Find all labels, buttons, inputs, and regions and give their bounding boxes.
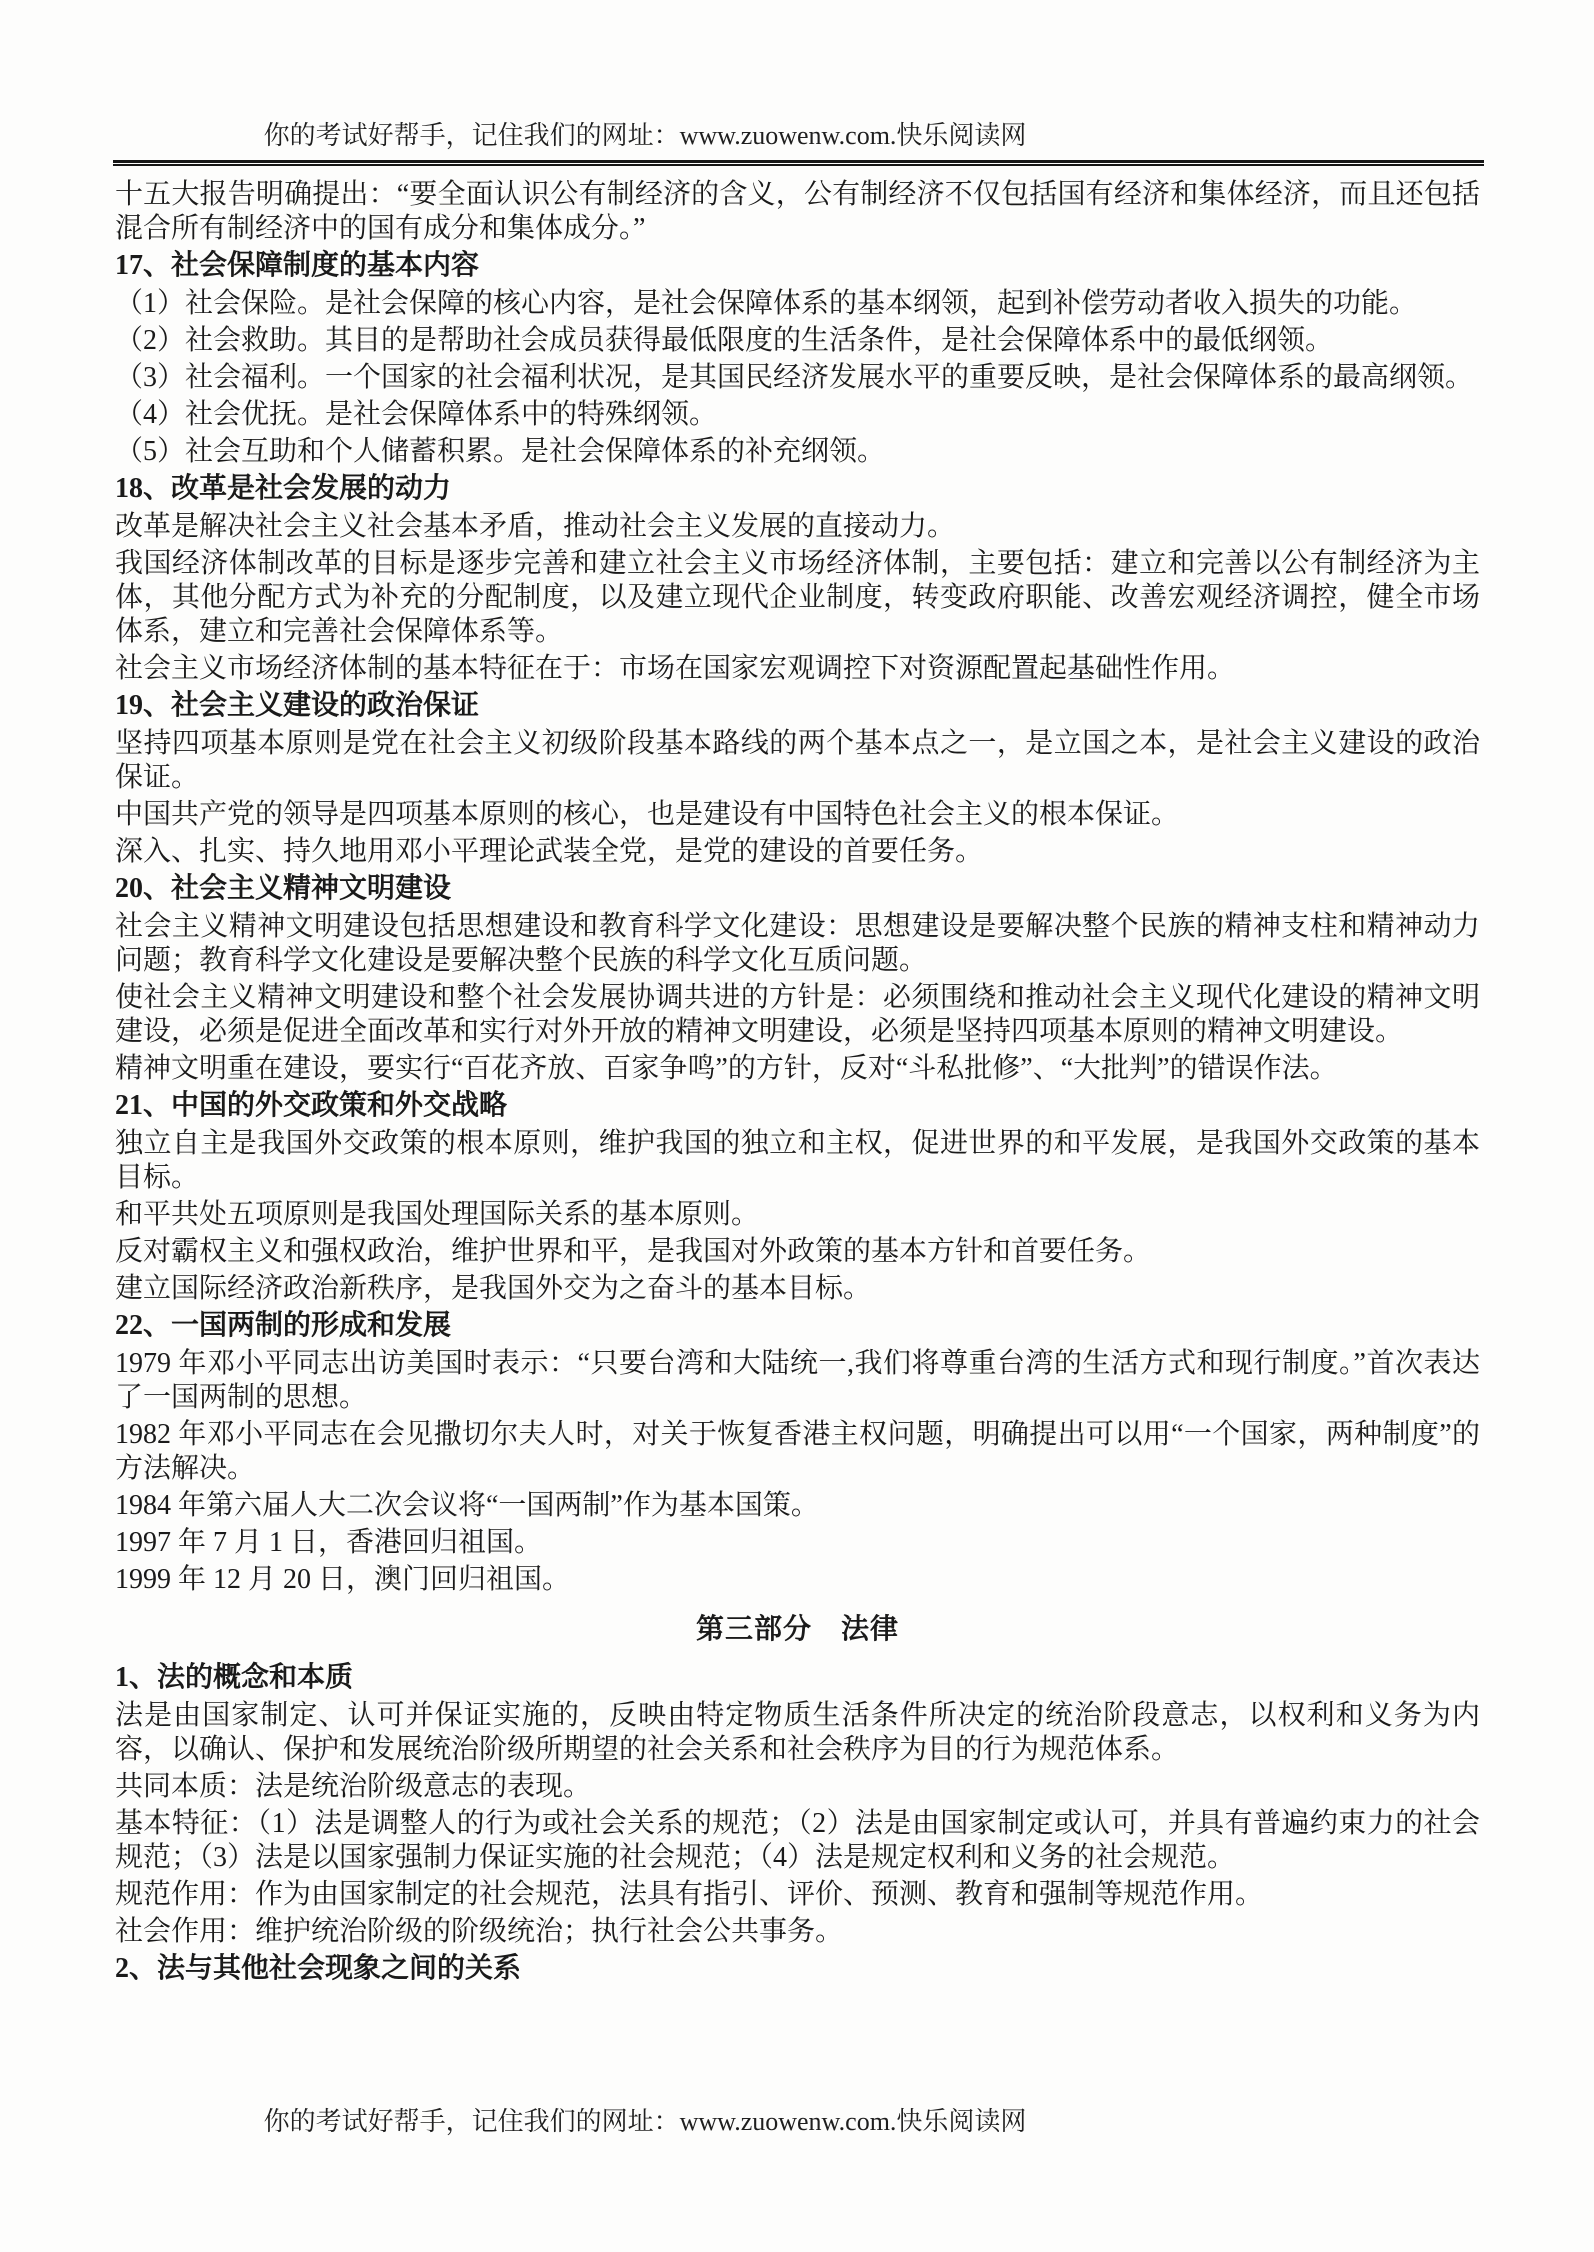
paragraph: 社会作用：维护统治阶级的阶级统治；执行社会公共事务。: [115, 1915, 1480, 1949]
paragraph: 1999 年 12 月 20 日，澳门回归祖国。: [115, 1563, 1480, 1597]
paragraph: 法是由国家制定、认可并保证实施的，反映由特定物质生活条件所决定的统治阶段意志，以…: [115, 1699, 1480, 1767]
paragraph: 和平共处五项原则是我国处理国际关系的基本原则。: [115, 1198, 1480, 1232]
paragraph: （1）社会保险。是社会保障的核心内容，是社会保障体系的基本纲领，起到补偿劳动者收…: [115, 287, 1480, 321]
paragraph: （4）社会优抚。是社会保障体系中的特殊纲领。: [115, 398, 1480, 432]
paragraph: 1984 年第六届人大二次会议将“一国两制”作为基本国策。: [115, 1489, 1480, 1523]
section-heading: 21、中国的外交政策和外交战略: [115, 1089, 1480, 1123]
paragraph: （3）社会福利。一个国家的社会福利状况，是其国民经济发展水平的重要反映，是社会保…: [115, 361, 1480, 395]
section-heading: 19、社会主义建设的政治保证: [115, 689, 1480, 723]
section-heading: 1、法的概念和本质: [115, 1661, 1480, 1695]
paragraph: 1997 年 7 月 1 日，香港回归祖国。: [115, 1526, 1480, 1560]
section-heading: 17、社会保障制度的基本内容: [115, 249, 1480, 283]
paragraph: 我国经济体制改革的目标是逐步完善和建立社会主义市场经济体制，主要包括：建立和完善…: [115, 547, 1480, 649]
paragraph: 十五大报告明确提出：“要全面认识公有制经济的含义，公有制经济不仅包括国有经济和集…: [115, 178, 1480, 246]
paragraph: 基本特征：（1）法是调整人的行为或社会关系的规范；（2）法是由国家制定或认可，并…: [115, 1807, 1480, 1875]
document-page: 你的考试好帮手，记住我们的网址：www.zuowenw.com.快乐阅读网 十五…: [0, 0, 1594, 2252]
page-header-watermark: 你的考试好帮手，记住我们的网址：www.zuowenw.com.快乐阅读网: [0, 0, 1594, 152]
section-heading: 22、一国两制的形成和发展: [115, 1309, 1480, 1343]
paragraph: 使社会主义精神文明建设和整个社会发展协调共进的方针是：必须围绕和推动社会主义现代…: [115, 981, 1480, 1049]
paragraph: 深入、扎实、持久地用邓小平理论武装全党，是党的建设的首要任务。: [115, 835, 1480, 869]
paragraph: 中国共产党的领导是四项基本原则的核心，也是建设有中国特色社会主义的根本保证。: [115, 798, 1480, 832]
paragraph: 改革是解决社会主义社会基本矛盾，推动社会主义发展的直接动力。: [115, 510, 1480, 544]
paragraph: （5）社会互助和个人储蓄积累。是社会保障体系的补充纲领。: [115, 435, 1480, 469]
paragraph: 反对霸权主义和强权政治，维护世界和平，是我国对外政策的基本方针和首要任务。: [115, 1235, 1480, 1269]
paragraph: 建立国际经济政治新秩序，是我国外交为之奋斗的基本目标。: [115, 1272, 1480, 1306]
paragraph: 精神文明重在建设，要实行“百花齐放、百家争鸣”的方针，反对“斗私批修”、“大批判…: [115, 1052, 1480, 1086]
paragraph: 共同本质：法是统治阶级意志的表现。: [115, 1770, 1480, 1804]
paragraph: 独立自主是我国外交政策的根本原则，维护我国的独立和主权，促进世界的和平发展，是我…: [115, 1127, 1480, 1195]
paragraph: 坚持四项基本原则是党在社会主义初级阶段基本路线的两个基本点之一，是立国之本，是社…: [115, 727, 1480, 795]
page-footer-watermark: 你的考试好帮手，记住我们的网址：www.zuowenw.com.快乐阅读网: [0, 2106, 1594, 2138]
paragraph: 规范作用：作为由国家制定的社会规范，法具有指引、评价、预测、教育和强制等规范作用…: [115, 1878, 1480, 1912]
paragraph: 1982 年邓小平同志在会见撒切尔夫人时，对关于恢复香港主权问题，明确提出可以用…: [115, 1418, 1480, 1486]
document-body: 十五大报告明确提出：“要全面认识公有制经济的含义，公有制经济不仅包括国有经济和集…: [0, 166, 1594, 1986]
section-heading: 18、改革是社会发展的动力: [115, 472, 1480, 506]
section-heading: 2、法与其他社会现象之间的关系: [115, 1952, 1480, 1986]
paragraph: （2）社会救助。其目的是帮助社会成员获得最低限度的生活条件，是社会保障体系中的最…: [115, 324, 1480, 358]
section-heading: 20、社会主义精神文明建设: [115, 872, 1480, 906]
part-heading: 第三部分 法律: [115, 1613, 1480, 1647]
paragraph: 1979 年邓小平同志出访美国时表示：“只要台湾和大陆统一,我们将尊重台湾的生活…: [115, 1347, 1480, 1415]
paragraph: 社会主义精神文明建设包括思想建设和教育科学文化建设：思想建设是要解决整个民族的精…: [115, 910, 1480, 978]
paragraph: 社会主义市场经济体制的基本特征在于：市场在国家宏观调控下对资源配置起基础性作用。: [115, 652, 1480, 686]
